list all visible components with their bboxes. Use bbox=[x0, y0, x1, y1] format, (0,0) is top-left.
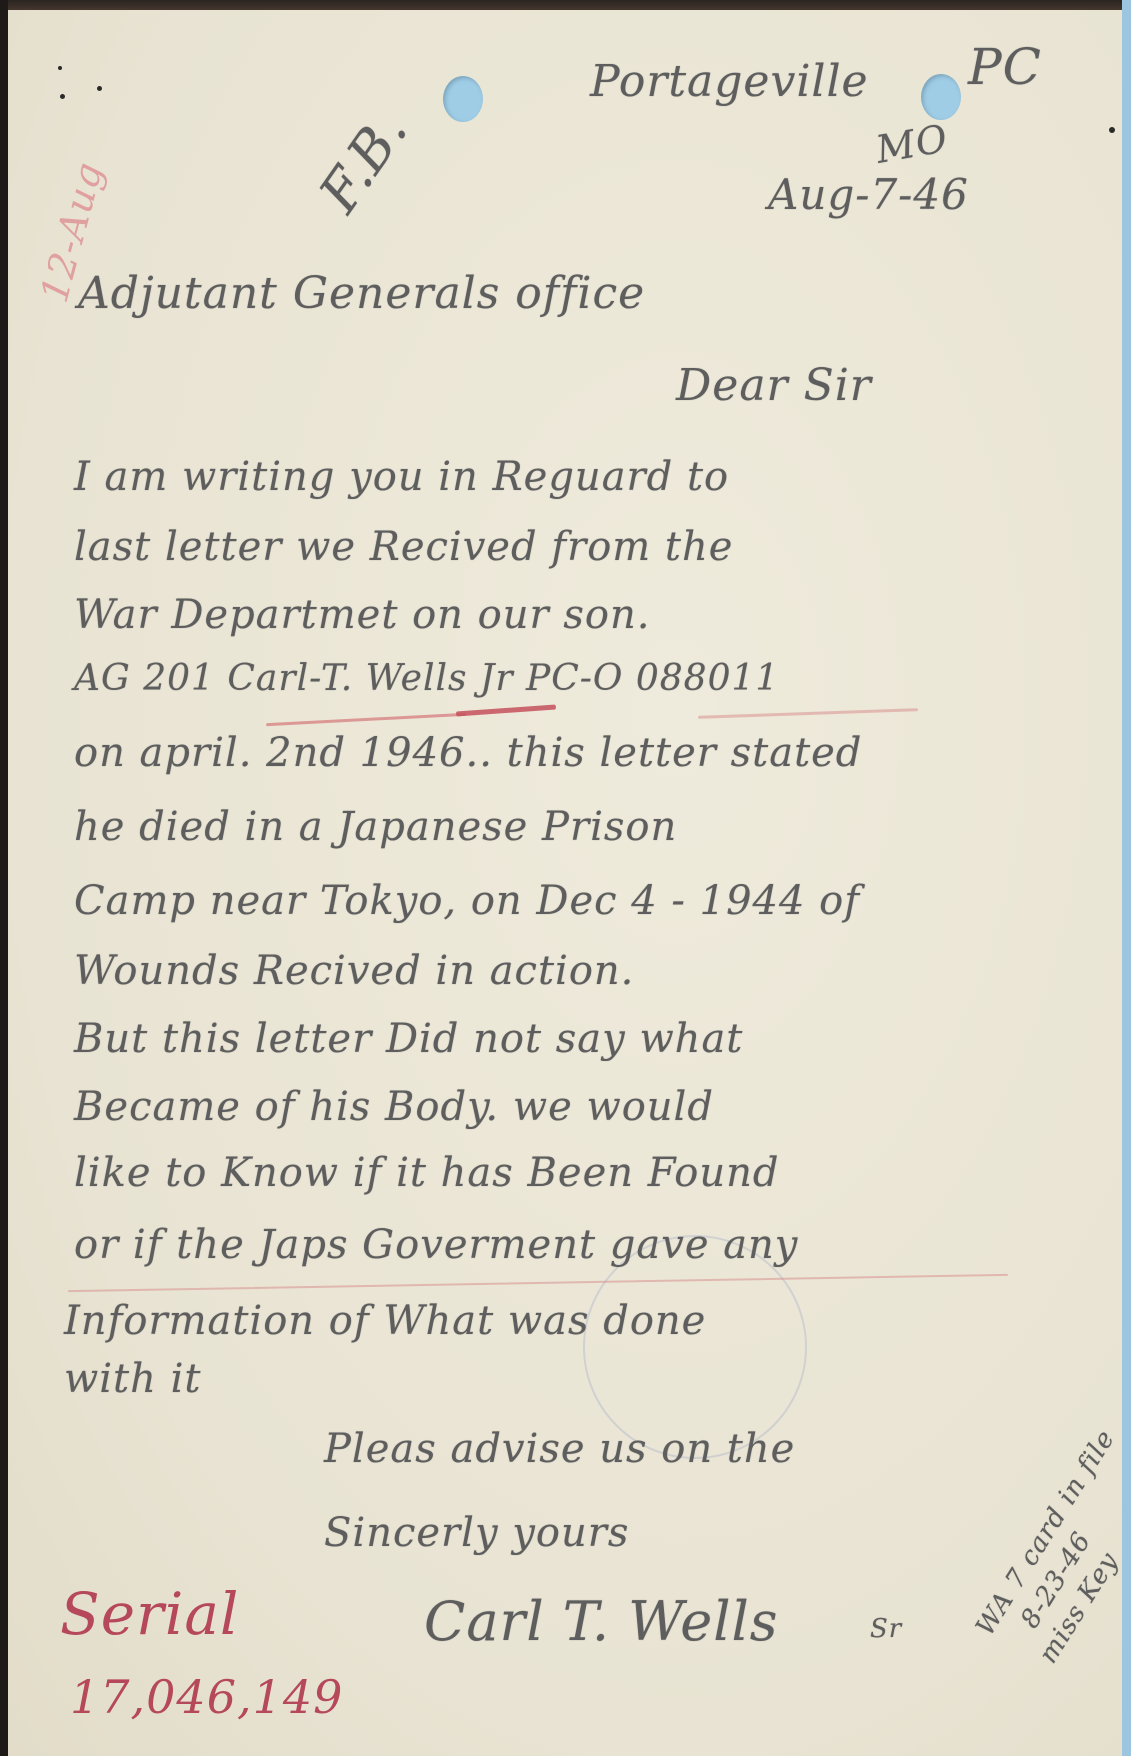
ink-speck bbox=[58, 66, 62, 70]
greeting-line: Dear Sir bbox=[676, 360, 872, 411]
signature: Carl T. Wells bbox=[424, 1590, 778, 1653]
body-line: on april. 2nd 1946.. this letter stated bbox=[74, 730, 862, 776]
body-line: War Departmet on our son. bbox=[74, 592, 650, 638]
file-note: WA 7 card in file 8-23-46 miss Key bbox=[850, 1349, 1062, 1604]
body-line: Information of What was done bbox=[64, 1298, 706, 1344]
letter-page: Portageville PC MO Aug-7-46 F.B. 12-Aug … bbox=[8, 10, 1122, 1756]
serial-label: Serial bbox=[60, 1580, 239, 1648]
body-line: Became of his Body. we would bbox=[74, 1084, 714, 1130]
body-line: Camp near Tokyo, on Dec 4 - 1944 of bbox=[74, 878, 860, 924]
signature-suffix: Sr bbox=[870, 1614, 902, 1644]
addressee-line: Adjutant Generals office bbox=[78, 268, 645, 319]
body-line: I am writing you in Reguard to bbox=[74, 454, 729, 500]
body-line: AG 201 Carl-T. Wells Jr PC-O 088011 bbox=[74, 658, 779, 699]
body-line: with it bbox=[64, 1356, 201, 1402]
body-line: last letter we Recived from the bbox=[74, 524, 733, 570]
body-line: like to Know if it has Been Found bbox=[74, 1150, 780, 1196]
letter-date: Aug-7-46 bbox=[768, 170, 969, 219]
red-underline-name-emphasis bbox=[456, 705, 556, 717]
body-line: Wounds Recived in action. bbox=[74, 948, 634, 994]
red-underline-government bbox=[68, 1274, 1008, 1292]
valediction: Sincerly yours bbox=[324, 1510, 629, 1556]
body-line: or if the Japs Goverment gave any bbox=[74, 1222, 798, 1268]
red-underline-service-number bbox=[698, 708, 918, 719]
ink-speck bbox=[60, 94, 65, 99]
punch-hole-right bbox=[921, 74, 961, 120]
place-name: Portageville bbox=[590, 56, 869, 107]
body-line: But this letter Did not say what bbox=[74, 1016, 743, 1062]
punch-hole-left bbox=[443, 76, 483, 122]
red-underline-name bbox=[266, 713, 466, 726]
state-abbrev: MO bbox=[873, 116, 952, 172]
initials-center: F.B. bbox=[307, 100, 420, 224]
ink-speck bbox=[97, 86, 102, 91]
closing-request: Pleas advise us on the bbox=[324, 1426, 795, 1472]
scanner-frame-left bbox=[0, 0, 8, 1756]
body-line: he died in a Japanese Prison bbox=[74, 804, 677, 850]
serial-number: 17,046,149 bbox=[70, 1670, 343, 1724]
initials-top-right: PC bbox=[968, 38, 1042, 96]
ink-speck bbox=[1109, 127, 1115, 133]
